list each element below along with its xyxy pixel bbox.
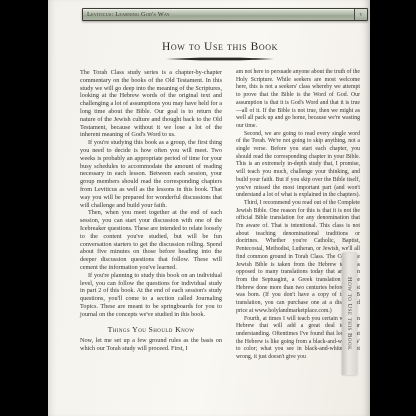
page-number: v: [354, 9, 367, 20]
paragraph: The Torah Class study series is a chapte…: [80, 69, 222, 139]
scan-background: Leviticus: Learning God's Way v How to U…: [0, 0, 416, 416]
paragraph: Second, we are going to read every singl…: [236, 131, 360, 200]
running-header-title: Leviticus: Learning God's Way: [83, 11, 354, 18]
column-left: The Torah Class study series is a chapte…: [80, 69, 222, 362]
paragraph: am not here to persuade anyone about the…: [236, 69, 360, 131]
paragraph: Then, when you meet together at the end …: [80, 209, 222, 271]
paragraph: If you're planning to study this book on…: [80, 272, 222, 319]
paragraph: Now, let me set up a few ground rules as…: [80, 337, 222, 353]
margin-tab: How to Use this Book: [342, 253, 357, 375]
paragraph: If you're studying this book as a group,…: [80, 139, 222, 209]
section-heading: Things You Should Know: [80, 326, 222, 334]
title-rule-ornament: [166, 57, 274, 61]
running-header-bar: Leviticus: Learning God's Way v: [82, 8, 368, 21]
text-columns: The Torah Class study series is a chapte…: [80, 69, 360, 362]
book-page: Leviticus: Learning God's Way v How to U…: [48, 0, 370, 416]
page-title: How to Use this Book: [80, 41, 360, 53]
